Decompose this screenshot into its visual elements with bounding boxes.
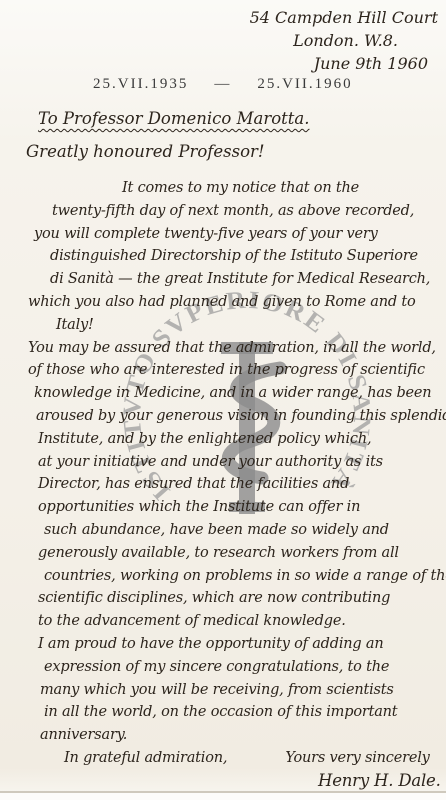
letter-line: Director, has ensured that the facilitie…: [38, 473, 442, 496]
letter-line: Institute, and by the enlightened policy…: [38, 428, 442, 451]
ink-layer: 54 Campden Hill Court London. W.8. June …: [0, 0, 446, 800]
letter-date: June 9th 1960: [250, 52, 428, 75]
letter-line: distinguished Directorship of the Istitu…: [50, 245, 442, 268]
anniversary-dates: 25.VII.1935 — 25.VII.1960: [93, 76, 353, 93]
letter-line: such abundance, have been made so widely…: [44, 519, 442, 542]
letter-line: opportunities which the Institute can of…: [38, 496, 442, 519]
letter-line: in all the world, on the occasion of thi…: [44, 701, 442, 724]
letter-sheet: ISTITVTO SVPERIORE DI SANITÀ 54 Campden …: [0, 0, 446, 800]
letter-line: knowledge in Medicine, and in a wider ra…: [34, 382, 442, 405]
letter-line: I am proud to have the opportunity of ad…: [38, 633, 442, 656]
letter-line: of those who are interested in the progr…: [28, 359, 442, 382]
date-separator: —: [214, 76, 231, 93]
closing-line: In grateful admiration, Yours very since…: [26, 747, 442, 770]
date-from: 25.VII.1935: [93, 76, 188, 93]
address-line-1: 54 Campden Hill Court: [250, 6, 438, 29]
signature: Henry H. Dale.: [318, 770, 442, 793]
letter-body: It comes to my notice that on the twenty…: [26, 177, 442, 793]
salutation-line: Greatly honoured Professor!: [26, 142, 265, 161]
letter-line: Italy!: [56, 314, 442, 337]
recipient-line: To Professor Domenico Marotta.: [38, 109, 310, 128]
letter-line: aroused by your generous vision in found…: [36, 405, 442, 428]
letter-line: expression of my sincere congratulations…: [44, 656, 442, 679]
date-to: 25.VII.1960: [257, 76, 352, 93]
letterhead-address: 54 Campden Hill Court London. W.8. June …: [250, 6, 438, 75]
letter-line: It comes to my notice that on the: [122, 177, 442, 200]
letter-line: You may be assured that the admiration, …: [28, 337, 442, 360]
letter-line: many which you will be receiving, from s…: [40, 679, 442, 702]
letter-line: twenty-fifth day of next month, as above…: [52, 200, 442, 223]
letter-line: to the advancement of medical knowledge.: [38, 610, 442, 633]
letter-line: at your initiative and under your author…: [38, 451, 442, 474]
address-line-2: London. W.8.: [250, 29, 398, 52]
letter-line: di Sanità — the great Institute for Medi…: [50, 268, 442, 291]
letter-line: generously available, to research worker…: [38, 542, 442, 565]
scan-bottom-edge: [0, 791, 446, 800]
sincerely-text: Yours very sincerely: [285, 747, 429, 770]
letter-line: anniversary.: [40, 724, 442, 747]
letter-line: countries, working on problems in so wid…: [44, 565, 442, 588]
letter-line: you will complete twenty-five years of y…: [34, 223, 442, 246]
letter-line: which you also had planned and given to …: [28, 291, 442, 314]
letter-line: scientific disciplines, which are now co…: [38, 587, 442, 610]
valediction: In grateful admiration,: [64, 747, 227, 770]
